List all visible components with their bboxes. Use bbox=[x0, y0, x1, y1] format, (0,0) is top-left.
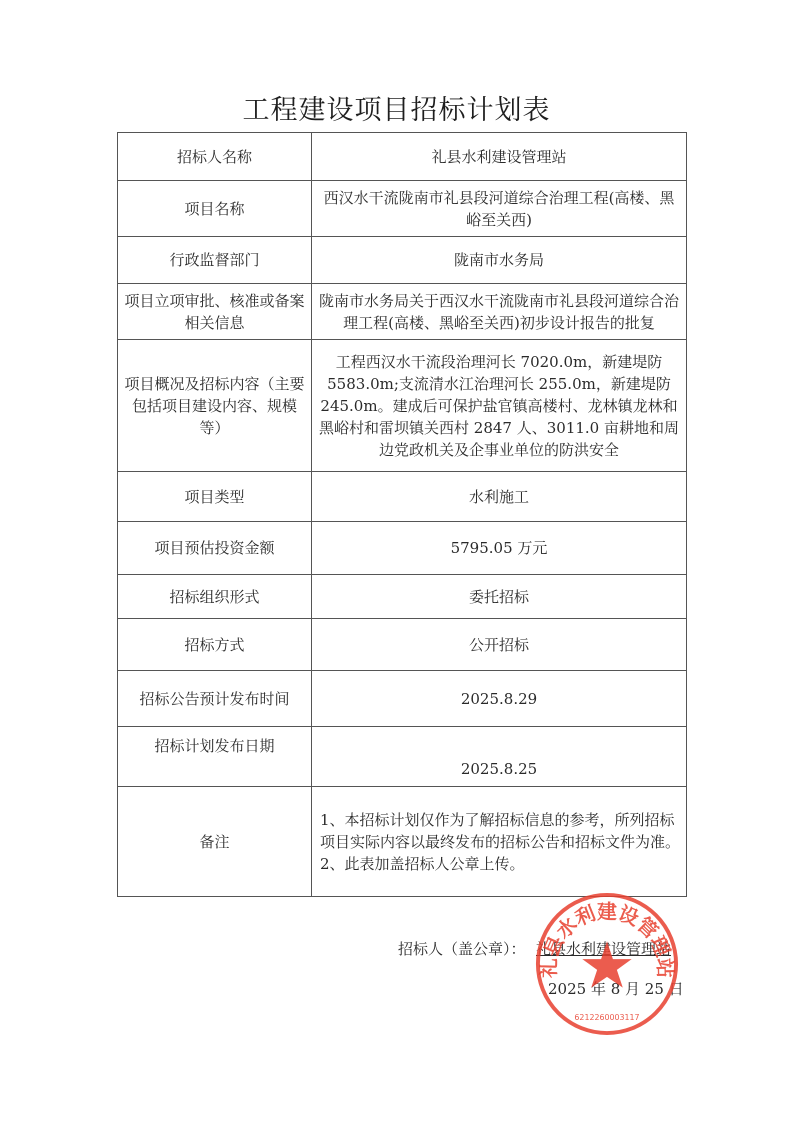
row-label: 项目立项审批、核准或备案相关信息 bbox=[118, 284, 312, 340]
table-row: 行政监督部门 陇南市水务局 bbox=[118, 237, 687, 284]
row-label: 招标人名称 bbox=[118, 133, 312, 181]
row-label: 项目名称 bbox=[118, 181, 312, 237]
row-label: 行政监督部门 bbox=[118, 237, 312, 284]
row-value: 陇南市水务局 bbox=[312, 237, 687, 284]
document-title: 工程建设项目招标计划表 bbox=[0, 88, 793, 127]
remark-line-1: 1、本招标计划仅作为了解招标信息的参考，所列招标项目实际内容以最终发布的招标公告… bbox=[320, 809, 680, 853]
table-row: 招标计划发布日期 2025.8.25 bbox=[118, 727, 687, 787]
table-row: 招标公告预计发布时间 2025.8.29 bbox=[118, 671, 687, 727]
row-label: 招标组织形式 bbox=[118, 575, 312, 619]
table-row: 项目立项审批、核准或备案相关信息 陇南市水务局关于西汉水干流陇南市礼县段河道综合… bbox=[118, 284, 687, 340]
row-label: 项目概况及招标内容（主要包括项目建设内容、规模等） bbox=[118, 340, 312, 472]
row-value: 礼县水利建设管理站 bbox=[312, 133, 687, 181]
row-value: 水利施工 bbox=[312, 472, 687, 522]
table-row: 招标组织形式 委托招标 bbox=[118, 575, 687, 619]
row-value: 西汉水干流陇南市礼县段河道综合治理工程(高楼、黑峪至关西) bbox=[312, 181, 687, 237]
remarks-label: 备注 bbox=[118, 787, 312, 897]
row-label: 招标公告预计发布时间 bbox=[118, 671, 312, 727]
signature-label: 招标人（盖公章）： bbox=[398, 938, 526, 959]
row-value: 陇南市水务局关于西汉水干流陇南市礼县段河道综合治理工程(高楼、黑峪至关西)初步设… bbox=[312, 284, 687, 340]
remarks-content: 1、本招标计划仅作为了解招标信息的参考，所列招标项目实际内容以最终发布的招标公告… bbox=[312, 787, 687, 897]
row-label: 项目预估投资金额 bbox=[118, 522, 312, 575]
table-row: 招标方式 公开招标 bbox=[118, 619, 687, 671]
svg-text:6212260003117: 6212260003117 bbox=[574, 1013, 639, 1022]
row-value: 工程西汉水干流段治理河长 7020.0m，新建堤防 5583.0m;支流清水江治… bbox=[312, 340, 687, 472]
remark-line-2: 2、此表加盖招标人公章上传。 bbox=[320, 853, 680, 875]
table-row-remarks: 备注 1、本招标计划仅作为了解招标信息的参考，所列招标项目实际内容以最终发布的招… bbox=[118, 787, 687, 897]
row-value: 委托招标 bbox=[312, 575, 687, 619]
row-value: 5795.05 万元 bbox=[312, 522, 687, 575]
row-label: 招标方式 bbox=[118, 619, 312, 671]
row-value: 公开招标 bbox=[312, 619, 687, 671]
table-row: 项目概况及招标内容（主要包括项目建设内容、规模等） 工程西汉水干流段治理河长 7… bbox=[118, 340, 687, 472]
table-row: 项目预估投资金额 5795.05 万元 bbox=[118, 522, 687, 575]
table-row: 招标人名称 礼县水利建设管理站 bbox=[118, 133, 687, 181]
row-value: 2025.8.29 bbox=[312, 671, 687, 727]
row-value: 2025.8.25 bbox=[312, 727, 687, 787]
row-label: 项目类型 bbox=[118, 472, 312, 522]
table-row: 项目名称 西汉水干流陇南市礼县段河道综合治理工程(高楼、黑峪至关西) bbox=[118, 181, 687, 237]
table-row: 项目类型 水利施工 bbox=[118, 472, 687, 522]
official-seal-icon: 礼县水利建设管理站 6212260003117 bbox=[533, 890, 681, 1038]
tender-plan-table: 招标人名称 礼县水利建设管理站 项目名称 西汉水干流陇南市礼县段河道综合治理工程… bbox=[117, 132, 687, 897]
row-label: 招标计划发布日期 bbox=[118, 727, 312, 787]
